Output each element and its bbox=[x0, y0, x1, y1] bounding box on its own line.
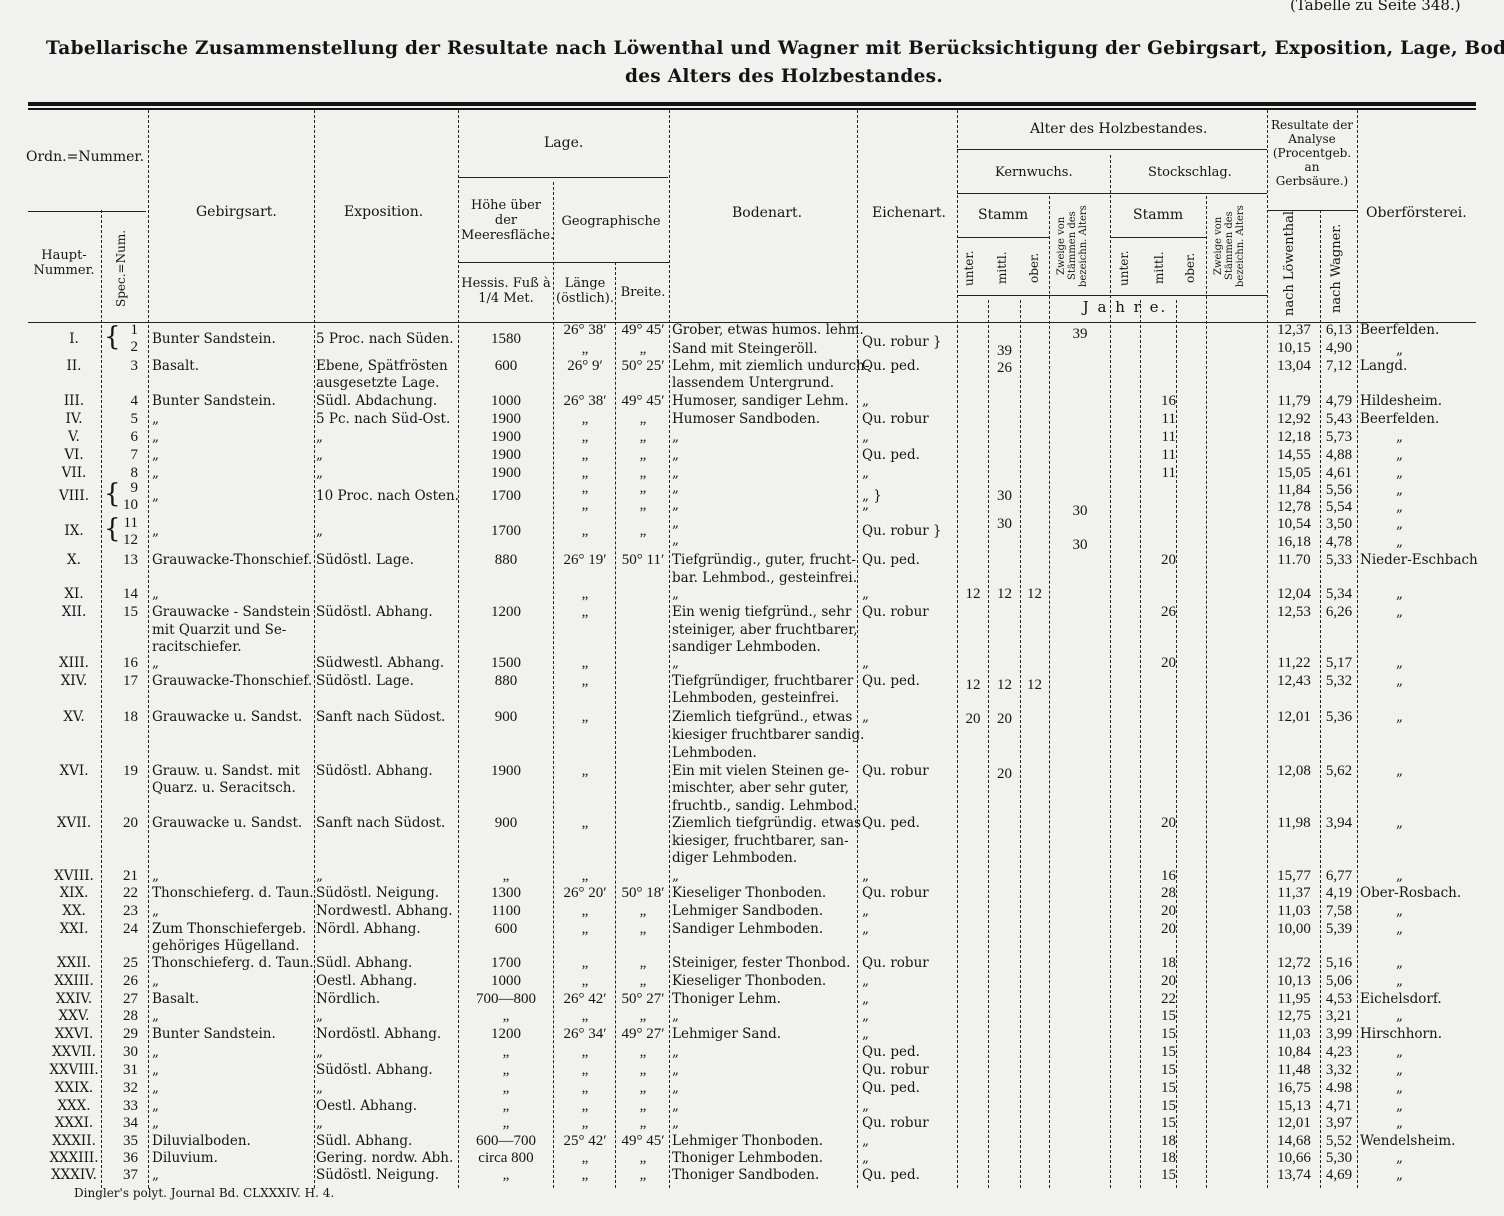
cell-hoehe: 600—700 bbox=[460, 1133, 552, 1149]
cell-laenge: „ bbox=[555, 955, 615, 971]
cell-st-mittl: 11 bbox=[1141, 465, 1176, 481]
cell-kw-ober: 12 bbox=[1020, 677, 1049, 693]
cell-oberfoersterei: Hirschhorn. bbox=[1360, 1026, 1500, 1042]
cell-exposition: „ bbox=[316, 1115, 456, 1131]
cell-eichenart: Qu. robur } bbox=[862, 523, 957, 539]
header-st-zweige: Zweige von Stämmen des bezeichn. Alters bbox=[1213, 200, 1257, 292]
cell-wagner: 5,33 bbox=[1321, 552, 1357, 568]
cell-oberfoersterei: Wendelsheim. bbox=[1360, 1133, 1500, 1149]
cell-bodenart: „ bbox=[672, 1008, 858, 1024]
cell-exposition: Nördlich. bbox=[316, 991, 456, 1007]
cell-oberfoersterei: „ bbox=[1360, 342, 1504, 358]
cell-gebirgsart: Basalt. bbox=[152, 358, 314, 374]
cell-breite: „ bbox=[616, 903, 670, 919]
cell-hoehe: 1900 bbox=[460, 447, 552, 463]
cell-loewenthal: 11,03 bbox=[1268, 903, 1320, 919]
header-breite: Breite. bbox=[617, 285, 669, 300]
cell-spec: 16 bbox=[102, 655, 138, 671]
cell-spec: 4 bbox=[102, 393, 138, 409]
cell-breite: „ bbox=[616, 465, 670, 481]
cell-gebirgsart: Grauwacke - Sandstein bbox=[152, 604, 314, 620]
cell-laenge: „ bbox=[555, 815, 615, 831]
rule-jahre-top bbox=[957, 295, 1267, 296]
header-nach-loewenthal: nach Löwenthal bbox=[1283, 220, 1296, 316]
cell-kw-mittl: 20 bbox=[989, 766, 1020, 782]
cell-hoehe: 880 bbox=[460, 673, 552, 689]
cell-exposition: 10 Proc. nach Osten. bbox=[316, 488, 456, 504]
cell-loewenthal: 16,75 bbox=[1268, 1080, 1320, 1096]
header-oberfoersterei: Oberförsterei. bbox=[1366, 206, 1467, 221]
cell-bodenart: „ bbox=[672, 586, 858, 602]
cell-wagner: 7,58 bbox=[1321, 903, 1357, 919]
cell-spec: 34 bbox=[102, 1115, 138, 1131]
cell-eichenart: „ bbox=[862, 868, 957, 884]
cell-bodenart: „ bbox=[672, 1080, 858, 1096]
header-kw-mittl: mittl. bbox=[996, 244, 1009, 292]
cell-oberfoersterei: Ober-Rosbach. bbox=[1360, 885, 1500, 901]
cell-kw-mittl: 30 bbox=[989, 488, 1020, 504]
cell-kw-unter: 20 bbox=[958, 711, 988, 727]
cell-wagner: 5,36 bbox=[1321, 709, 1357, 725]
cell-exposition: 5 Pc. nach Süd-Ost. bbox=[316, 411, 456, 427]
cell-hoehe: 1900 bbox=[460, 763, 552, 779]
cell-st-mittl: 16 bbox=[1141, 868, 1176, 884]
cell-breite: „ bbox=[616, 411, 670, 427]
cell-hoehe: 1500 bbox=[460, 655, 552, 671]
cell-laenge: „ bbox=[555, 1098, 615, 1114]
cell-laenge: 25° 42′ bbox=[555, 1133, 615, 1149]
cell-eichenart: Qu. ped. bbox=[862, 358, 957, 374]
header-kw-unter: unter. bbox=[963, 244, 976, 292]
rule-stockschlag-sub bbox=[1110, 193, 1267, 194]
cell-eichenart: Qu. robur bbox=[862, 604, 957, 620]
header-stockschlag: Stockschlag. bbox=[1148, 165, 1232, 180]
cell-hoehe: 900 bbox=[460, 815, 552, 831]
cell-loewenthal: 11,48 bbox=[1268, 1062, 1320, 1078]
cell-exposition: Sanft nach Südost. bbox=[316, 709, 456, 725]
cell-loewenthal: 10,54 bbox=[1268, 516, 1320, 532]
cell-gebirgsart: mit Quarzit und Se- bbox=[152, 622, 314, 638]
cell-laenge: 26° 42′ bbox=[555, 991, 615, 1007]
cell-spec: 31 bbox=[102, 1062, 138, 1078]
cell-exposition: Südöstl. Abhang. bbox=[316, 604, 456, 620]
cell-exposition: Oestl. Abhang. bbox=[316, 1098, 456, 1114]
cell-wagner: 5,06 bbox=[1321, 973, 1357, 989]
cell-bodenart: „ bbox=[672, 868, 858, 884]
col-sep-kw-unter bbox=[988, 300, 989, 1188]
cell-wagner: 3,21 bbox=[1321, 1008, 1357, 1024]
cell-laenge: „ bbox=[555, 1150, 615, 1166]
cell-oberfoersterei: „ bbox=[1360, 815, 1504, 831]
cell-spec: 13 bbox=[102, 552, 138, 568]
cell-spec: 32 bbox=[102, 1080, 138, 1096]
cell-spec: 3 bbox=[102, 358, 138, 374]
cell-wagner: 4,88 bbox=[1321, 447, 1357, 463]
cell-loewenthal: 16,18 bbox=[1268, 534, 1320, 550]
col-sep-kw-ober bbox=[1049, 196, 1050, 1188]
cell-bodenart: „ bbox=[672, 655, 858, 671]
cell-gebirgsart: Diluvialboden. bbox=[152, 1133, 314, 1149]
cell-breite: 49° 45′ bbox=[616, 393, 670, 409]
cell-oberfoersterei: „ bbox=[1360, 482, 1504, 498]
cell-hoehe: 1000 bbox=[460, 393, 552, 409]
cell-kw-mittl: 12 bbox=[989, 586, 1020, 602]
cell-laenge: „ bbox=[555, 1062, 615, 1078]
cell-st-mittl: 20 bbox=[1141, 903, 1176, 919]
cell-hoehe: 1700 bbox=[460, 488, 552, 504]
cell-eichenart: Qu. robur bbox=[862, 885, 957, 901]
cell-bodenart: Kieseliger Thonboden. bbox=[672, 885, 858, 901]
cell-exposition: ausgesetzte Lage. bbox=[316, 375, 456, 391]
header-st-unter: unter. bbox=[1118, 244, 1131, 292]
cell-loewenthal: 11,98 bbox=[1268, 815, 1320, 831]
cell-oberfoersterei: „ bbox=[1360, 709, 1504, 725]
cell-eichenart: „ bbox=[862, 1098, 957, 1114]
cell-hoehe: 1300 bbox=[460, 885, 552, 901]
cell-bodenart: „ bbox=[672, 465, 858, 481]
cell-kw-zweige: 30 bbox=[1050, 537, 1110, 553]
cell-exposition: Südl. Abhang. bbox=[316, 1133, 456, 1149]
header-jahre: J a h r e. bbox=[995, 300, 1255, 315]
cell-exposition: 5 Proc. nach Süden. bbox=[316, 331, 456, 347]
cell-st-mittl: 22 bbox=[1141, 991, 1176, 1007]
cell-spec: 5 bbox=[102, 411, 138, 427]
cell-bodenart: mischter, aber sehr guter, bbox=[672, 780, 858, 796]
header-nach-wagner: nach Wagner. bbox=[1330, 220, 1343, 316]
cell-bodenart: Thoniger Lehmboden. bbox=[672, 1150, 858, 1166]
cell-wagner: 3,32 bbox=[1321, 1062, 1357, 1078]
cell-hoehe: 1700 bbox=[460, 523, 552, 539]
cell-loewenthal: 12,01 bbox=[1268, 1115, 1320, 1131]
cell-gebirgsart: „ bbox=[152, 1115, 314, 1131]
page-footer: Dingler's polyt. Journal Bd. CLXXXIV. H.… bbox=[74, 1186, 334, 1200]
cell-wagner: 4,23 bbox=[1321, 1044, 1357, 1060]
cell-st-mittl: 15 bbox=[1141, 1167, 1176, 1183]
cell-st-mittl: 26 bbox=[1141, 604, 1176, 620]
cell-st-mittl: 20 bbox=[1141, 552, 1176, 568]
cell-eichenart: „ bbox=[862, 465, 957, 481]
cell-oberfoersterei: „ bbox=[1360, 1150, 1504, 1166]
cell-spec: 23 bbox=[102, 903, 138, 919]
cell-eichenart: „ bbox=[862, 497, 957, 513]
cell-loewenthal: 12,75 bbox=[1268, 1008, 1320, 1024]
cell-laenge: „ bbox=[555, 973, 615, 989]
page-title-line2: des Alters des Holzbestandes. bbox=[625, 66, 943, 87]
cell-bodenart: „ bbox=[672, 1115, 858, 1131]
cell-loewenthal: 10,66 bbox=[1268, 1150, 1320, 1166]
cell-bodenart: Lehmiger Sand. bbox=[672, 1026, 858, 1042]
cell-laenge: „ bbox=[555, 921, 615, 937]
cell-oberfoersterei: Nieder-Eschbach bbox=[1360, 552, 1500, 568]
cell-exposition: Ebene, Spätfrösten bbox=[316, 358, 456, 374]
cell-hoehe: „ bbox=[460, 1044, 552, 1060]
col-sep-gebirgsart bbox=[314, 110, 315, 1188]
cell-breite: „ bbox=[616, 1150, 670, 1166]
cell-kw-mittl: 12 bbox=[989, 677, 1020, 693]
cell-st-mittl: 20 bbox=[1141, 655, 1176, 671]
cell-oberfoersterei: „ bbox=[1360, 955, 1504, 971]
cell-exposition: Gering. nordw. Abh. bbox=[316, 1150, 456, 1166]
cell-eichenart: Qu. ped. bbox=[862, 1080, 957, 1096]
cell-bodenart: Lehmiger Thonboden. bbox=[672, 1133, 858, 1149]
cell-loewenthal: 10,84 bbox=[1268, 1044, 1320, 1060]
cell-loewenthal: 14,55 bbox=[1268, 447, 1320, 463]
cell-oberfoersterei: „ bbox=[1360, 673, 1504, 689]
rule-geo-sub bbox=[553, 262, 669, 263]
cell-wagner: 4,61 bbox=[1321, 465, 1357, 481]
cell-exposition: Südöstl. Abhang. bbox=[316, 763, 456, 779]
cell-wagner: 4,53 bbox=[1321, 991, 1357, 1007]
cell-wagner: 4,19 bbox=[1321, 885, 1357, 901]
cell-bodenart: Thoniger Lehm. bbox=[672, 991, 858, 1007]
cell-loewenthal: 12,18 bbox=[1268, 429, 1320, 445]
cell-bodenart: Tiefgründiger, fruchtbarer bbox=[672, 673, 858, 689]
cell-bodenart: Sandiger Lehmboden. bbox=[672, 921, 858, 937]
cell-exposition: Nordöstl. Abhang. bbox=[316, 1026, 456, 1042]
cell-breite: „ bbox=[616, 1044, 670, 1060]
cell-hoehe: „ bbox=[460, 1115, 552, 1131]
cell-gebirgsart: Grauwacke-Thonschief. bbox=[152, 673, 314, 689]
cell-spec: 27 bbox=[102, 991, 138, 1007]
cell-eichenart: Qu. ped. bbox=[862, 815, 957, 831]
cell-wagner: 4.98 bbox=[1321, 1080, 1357, 1096]
cell-gebirgsart: Diluvium. bbox=[152, 1150, 314, 1166]
cell-exposition: Sanft nach Südost. bbox=[316, 815, 456, 831]
cell-gebirgsart: „ bbox=[152, 523, 314, 539]
cell-laenge: 26° 19′ bbox=[555, 552, 615, 568]
cell-eichenart: „ bbox=[862, 709, 957, 725]
cell-spec: 37 bbox=[102, 1167, 138, 1183]
cell-wagner: 4,78 bbox=[1321, 534, 1357, 550]
rule-hoehe-sub bbox=[458, 262, 553, 263]
cell-breite: „ bbox=[616, 1008, 670, 1024]
cell-st-mittl: 18 bbox=[1141, 1150, 1176, 1166]
header-gebirgsart: Gebirgsart. bbox=[196, 205, 277, 220]
cell-oberfoersterei: „ bbox=[1360, 1008, 1504, 1024]
cell-laenge: „ bbox=[555, 673, 615, 689]
cell-eichenart: „ bbox=[862, 973, 957, 989]
cell-bodenart: „ bbox=[672, 429, 858, 445]
cell-bodenart: „ bbox=[672, 1098, 858, 1114]
cell-laenge: „ bbox=[555, 655, 615, 671]
cell-bodenart: steiniger, aber fruchtbarer, bbox=[672, 622, 858, 638]
cell-breite: „ bbox=[616, 1167, 670, 1183]
cell-st-mittl: 15 bbox=[1141, 1044, 1176, 1060]
cell-breite: „ bbox=[616, 497, 670, 513]
cell-st-mittl: 18 bbox=[1141, 955, 1176, 971]
cell-bodenart: Ein wenig tiefgründ., sehr bbox=[672, 604, 858, 620]
cell-oberfoersterei: Langd. bbox=[1360, 358, 1500, 374]
cell-hoehe: 1900 bbox=[460, 411, 552, 427]
cell-loewenthal: 15,13 bbox=[1268, 1098, 1320, 1114]
cell-breite: „ bbox=[616, 921, 670, 937]
cell-kw-mittl: 39 bbox=[989, 343, 1020, 359]
cell-wagner: 5,17 bbox=[1321, 655, 1357, 671]
cell-st-mittl: 11 bbox=[1141, 411, 1176, 427]
cell-spec: 24 bbox=[102, 921, 138, 937]
col-sep-exposition bbox=[458, 110, 459, 1188]
cell-hoehe: „ bbox=[460, 1008, 552, 1024]
cell-bodenart: „ bbox=[672, 1062, 858, 1078]
cell-loewenthal: 12,04 bbox=[1268, 586, 1320, 602]
header-st-mittl: mittl. bbox=[1153, 244, 1166, 292]
cell-eichenart: „ bbox=[862, 1150, 957, 1166]
cell-wagner: 4,71 bbox=[1321, 1098, 1357, 1114]
cell-eichenart: Qu. ped. bbox=[862, 1167, 957, 1183]
cell-wagner: 7,12 bbox=[1321, 358, 1357, 374]
cell-wagner: 3,94 bbox=[1321, 815, 1357, 831]
cell-eichenart: „ bbox=[862, 903, 957, 919]
cell-wagner: 5,34 bbox=[1321, 586, 1357, 602]
cell-breite: „ bbox=[616, 429, 670, 445]
cell-hoehe: „ bbox=[460, 1167, 552, 1183]
cell-breite: 49° 45′ bbox=[616, 322, 670, 338]
cell-breite: „ bbox=[616, 523, 670, 539]
cell-st-mittl: 11 bbox=[1141, 447, 1176, 463]
cell-laenge: 26° 20′ bbox=[555, 885, 615, 901]
cell-eichenart: „ bbox=[862, 1008, 957, 1024]
cell-spec: 6 bbox=[102, 429, 138, 445]
cell-spec: 14 bbox=[102, 586, 138, 602]
cell-oberfoersterei: „ bbox=[1360, 604, 1504, 620]
cell-loewenthal: 12,78 bbox=[1268, 499, 1320, 515]
table-top-rule-thin bbox=[28, 108, 1476, 110]
cell-exposition: „ bbox=[316, 1044, 456, 1060]
cell-breite: „ bbox=[616, 973, 670, 989]
cell-spec: 22 bbox=[102, 885, 138, 901]
cell-breite: „ bbox=[616, 480, 670, 496]
table-top-rule-thick bbox=[28, 102, 1476, 106]
cell-bodenart: Ziemlich tiefgründig. etwas bbox=[672, 815, 858, 831]
cell-laenge: „ bbox=[555, 1167, 615, 1183]
cell-gebirgsart: Grauw. u. Sandst. mit bbox=[152, 763, 314, 779]
cell-st-mittl: 15 bbox=[1141, 1008, 1176, 1024]
cell-gebirgsart: Grauwacke-Thonschief. bbox=[152, 552, 314, 568]
cell-gebirgsart: racitschiefer. bbox=[152, 639, 314, 655]
cell-exposition: Nördl. Abhang. bbox=[316, 921, 456, 937]
cell-wagner: 5,56 bbox=[1321, 482, 1357, 498]
cell-gebirgsart: Basalt. bbox=[152, 991, 314, 1007]
header-haupt-nummer: Haupt-Nummer. bbox=[32, 248, 96, 278]
rule-st-stamm-sub bbox=[1110, 237, 1206, 238]
cell-loewenthal: 15,05 bbox=[1268, 465, 1320, 481]
cell-bodenart: „ bbox=[672, 515, 858, 531]
cell-breite: 50° 27′ bbox=[616, 991, 670, 1007]
cell-gebirgsart: „ bbox=[152, 1098, 314, 1114]
cell-loewenthal: 11,84 bbox=[1268, 482, 1320, 498]
cell-gebirgsart: „ bbox=[152, 1167, 314, 1183]
cell-laenge: „ bbox=[555, 1115, 615, 1131]
cell-breite: 50° 25′ bbox=[616, 358, 670, 374]
cell-bodenart: Lehmboden, gesteinfrei. bbox=[672, 690, 858, 706]
cell-spec: 30 bbox=[102, 1044, 138, 1060]
cell-exposition: „ bbox=[316, 447, 456, 463]
cell-gebirgsart: Grauwacke u. Sandst. bbox=[152, 815, 314, 831]
cell-exposition: „ bbox=[316, 1080, 456, 1096]
cell-kw-mittl: 30 bbox=[989, 516, 1020, 532]
cell-bodenart: Ziemlich tiefgründ., etwas bbox=[672, 709, 858, 725]
cell-st-mittl: 20 bbox=[1141, 973, 1176, 989]
cell-breite: 50° 18′ bbox=[616, 885, 670, 901]
cell-laenge: „ bbox=[555, 1044, 615, 1060]
header-resultate: Resultate der Analyse (Procentgeb. an Ge… bbox=[1269, 118, 1355, 188]
header-kernwuchs: Kernwuchs. bbox=[995, 165, 1073, 180]
cell-laenge: „ bbox=[555, 1008, 615, 1024]
cell-hoehe: 1200 bbox=[460, 604, 552, 620]
cell-laenge: „ bbox=[555, 868, 615, 884]
cell-eichenart: „ bbox=[862, 586, 957, 602]
cell-hoehe: 1580 bbox=[460, 331, 552, 347]
cell-spec: 7 bbox=[102, 447, 138, 463]
cell-gebirgsart: „ bbox=[152, 655, 314, 671]
cell-hoehe: „ bbox=[460, 1062, 552, 1078]
cell-breite: „ bbox=[616, 1080, 670, 1096]
cell-laenge: „ bbox=[555, 480, 615, 496]
header-st-stamm: Stamm bbox=[1133, 208, 1183, 223]
cell-oberfoersterei: „ bbox=[1360, 534, 1504, 550]
cell-bodenart: Thoniger Sandboden. bbox=[672, 1167, 858, 1183]
cell-loewenthal: 11,03 bbox=[1268, 1026, 1320, 1042]
header-kw-stamm: Stamm bbox=[978, 208, 1028, 223]
cell-kw-mittl: 20 bbox=[989, 711, 1020, 727]
cell-laenge: „ bbox=[555, 523, 615, 539]
cell-exposition: Südöstl. Abhang. bbox=[316, 1062, 456, 1078]
cell-wagner: 4,79 bbox=[1321, 393, 1357, 409]
cell-gebirgsart: „ bbox=[152, 465, 314, 481]
cell-exposition: „ bbox=[316, 1008, 456, 1024]
rule-ordn-sub bbox=[28, 211, 146, 212]
col-sep-hoehe bbox=[553, 182, 554, 1188]
cell-wagner: 6,13 bbox=[1321, 322, 1357, 338]
cell-breite: „ bbox=[616, 341, 670, 357]
cell-loewenthal: 14,68 bbox=[1268, 1133, 1320, 1149]
cell-laenge: „ bbox=[555, 903, 615, 919]
cell-hoehe: 600 bbox=[460, 358, 552, 374]
cell-breite: „ bbox=[616, 955, 670, 971]
cell-laenge: „ bbox=[555, 586, 615, 602]
col-sep-wagner bbox=[1357, 110, 1358, 1188]
cell-oberfoersterei: „ bbox=[1360, 655, 1504, 671]
cell-kw-unter: 12 bbox=[958, 677, 988, 693]
cell-spec: 26 bbox=[102, 973, 138, 989]
cell-oberfoersterei: „ bbox=[1360, 763, 1504, 779]
cell-wagner: 4,90 bbox=[1321, 340, 1357, 356]
page-caption: (Tabelle zu Seite 348.) bbox=[1290, 0, 1461, 14]
cell-exposition: „ bbox=[316, 429, 456, 445]
cell-st-mittl: 15 bbox=[1141, 1115, 1176, 1131]
cell-wagner: 5,43 bbox=[1321, 411, 1357, 427]
cell-bodenart: lassendem Untergrund. bbox=[672, 375, 858, 391]
cell-bodenart: Lehmiger Sandboden. bbox=[672, 903, 858, 919]
cell-exposition: „ bbox=[316, 868, 456, 884]
cell-gebirgsart: Zum Thonschiefergeb. bbox=[152, 921, 314, 937]
cell-oberfoersterei: „ bbox=[1360, 447, 1504, 463]
header-hoehe: Höhe über der Meeresfläche. bbox=[461, 198, 551, 243]
cell-gebirgsart: „ bbox=[152, 1080, 314, 1096]
cell-bodenart: Kieseliger Thonboden. bbox=[672, 973, 858, 989]
rule-resultate-sub bbox=[1267, 210, 1357, 211]
cell-st-mittl: 15 bbox=[1141, 1080, 1176, 1096]
cell-gebirgsart: „ bbox=[152, 1008, 314, 1024]
brace-icon: { bbox=[104, 329, 121, 345]
cell-st-mittl: 15 bbox=[1141, 1062, 1176, 1078]
cell-bodenart: „ bbox=[672, 447, 858, 463]
cell-gebirgsart: „ bbox=[152, 586, 314, 602]
cell-oberfoersterei: „ bbox=[1360, 499, 1504, 515]
cell-spec: 35 bbox=[102, 1133, 138, 1149]
col-sep-kw-mittl bbox=[1020, 300, 1021, 1188]
cell-oberfoersterei: „ bbox=[1360, 1167, 1504, 1183]
